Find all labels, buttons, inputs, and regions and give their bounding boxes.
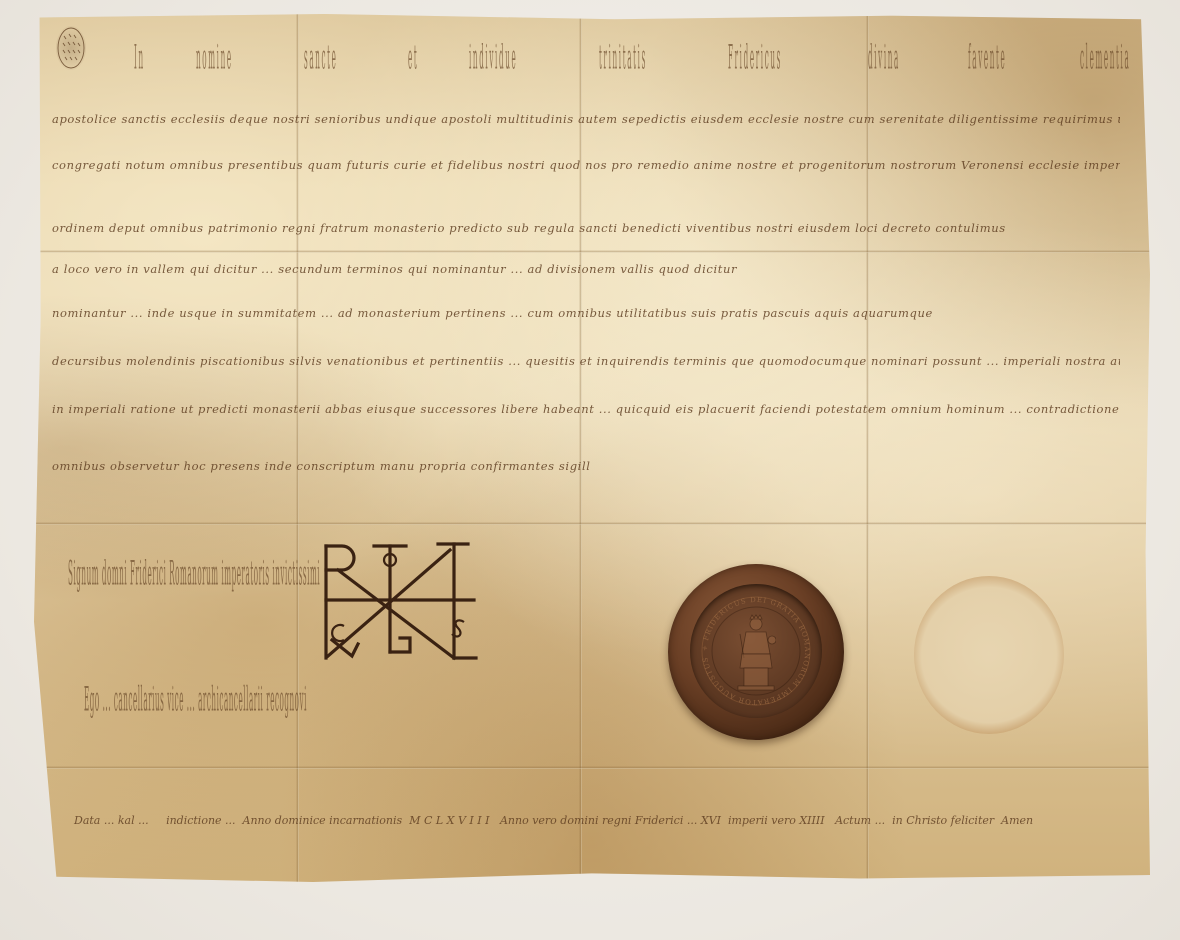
- dating-fragment: Amen: [1001, 814, 1033, 827]
- charter-text-line: in imperiali ratione ut predicti monaste…: [52, 402, 1120, 416]
- charter-text-line: congregati notum omnibus presentibus qua…: [52, 158, 1120, 172]
- charter-text-line: decursibus molendinis piscationibus silv…: [52, 354, 1120, 368]
- header-word: individue: [469, 40, 517, 79]
- dating-fragment: Anno vero domini regni Friderici ... XVI: [500, 814, 721, 827]
- charter-text-line: nominantur ... inde usque in summitatem …: [52, 306, 1120, 320]
- charter-text-line: apostolice sanctis ecclesiis deque nostr…: [52, 112, 1120, 126]
- dating-fragment: Data ... kal ...: [74, 814, 149, 827]
- charter-text-line: omnibus observetur hoc presens inde cons…: [52, 459, 590, 473]
- fold-crease-vertical: [866, 14, 869, 882]
- charter-text-line: a loco vero in vallem qui dicitur ... se…: [52, 262, 1120, 276]
- header-word: Fridericus: [728, 40, 782, 79]
- fold-crease-vertical: [296, 14, 299, 882]
- fold-crease-horizontal: [34, 250, 1150, 253]
- header-word: nomine: [196, 40, 233, 79]
- dating-year: M C L X V I I I: [409, 814, 489, 827]
- seated-ruler-figure-icon: [736, 614, 776, 692]
- charter-text-line: ordinem deput omnibus patrimonio regni f…: [52, 221, 1120, 235]
- dating-line: Data ... kal ... indictione ... Anno dom…: [74, 814, 1033, 827]
- lost-seal-stain: [914, 576, 1064, 734]
- charter-parchment: In nomine sancte et individue trinitatis…: [34, 14, 1150, 882]
- dating-fragment: imperii vero XIIII: [728, 814, 825, 827]
- dating-fragment: indictione ...: [166, 814, 235, 827]
- chrismon-icon: [56, 26, 86, 70]
- fold-crease-vertical: [579, 14, 582, 882]
- dating-fragment: Anno dominice incarnationis: [243, 814, 403, 827]
- dating-fragment: in Christo feliciter: [892, 814, 994, 827]
- imperial-monogram: [318, 540, 478, 666]
- signum-text: Signum domni Friderici Romanorum imperat…: [68, 556, 320, 595]
- header-word: clementia: [1080, 40, 1130, 79]
- recognition-text: Ego ... cancellarius vice ... archicance…: [84, 682, 307, 721]
- fold-crease-horizontal: [34, 766, 1150, 769]
- dating-fragment: Actum ...: [835, 814, 885, 827]
- fold-crease-horizontal: [34, 522, 1150, 525]
- header-word: In: [134, 40, 145, 79]
- header-word: favente: [968, 40, 1006, 79]
- recognition-line: Ego ... cancellarius vice ... archicance…: [84, 702, 495, 721]
- elongated-script-header: In nomine sancte et individue trinitatis…: [134, 60, 1180, 79]
- header-word: sancte: [304, 40, 338, 79]
- wax-seal: + FRIDERICUS DEI GRATIA ROMANORUM IMPERA…: [668, 564, 844, 740]
- header-word: divina: [868, 40, 900, 79]
- header-word: trinitatis: [599, 40, 647, 79]
- header-word: et: [408, 40, 418, 79]
- seal-face: + FRIDERICUS DEI GRATIA ROMANORUM IMPERA…: [690, 584, 822, 718]
